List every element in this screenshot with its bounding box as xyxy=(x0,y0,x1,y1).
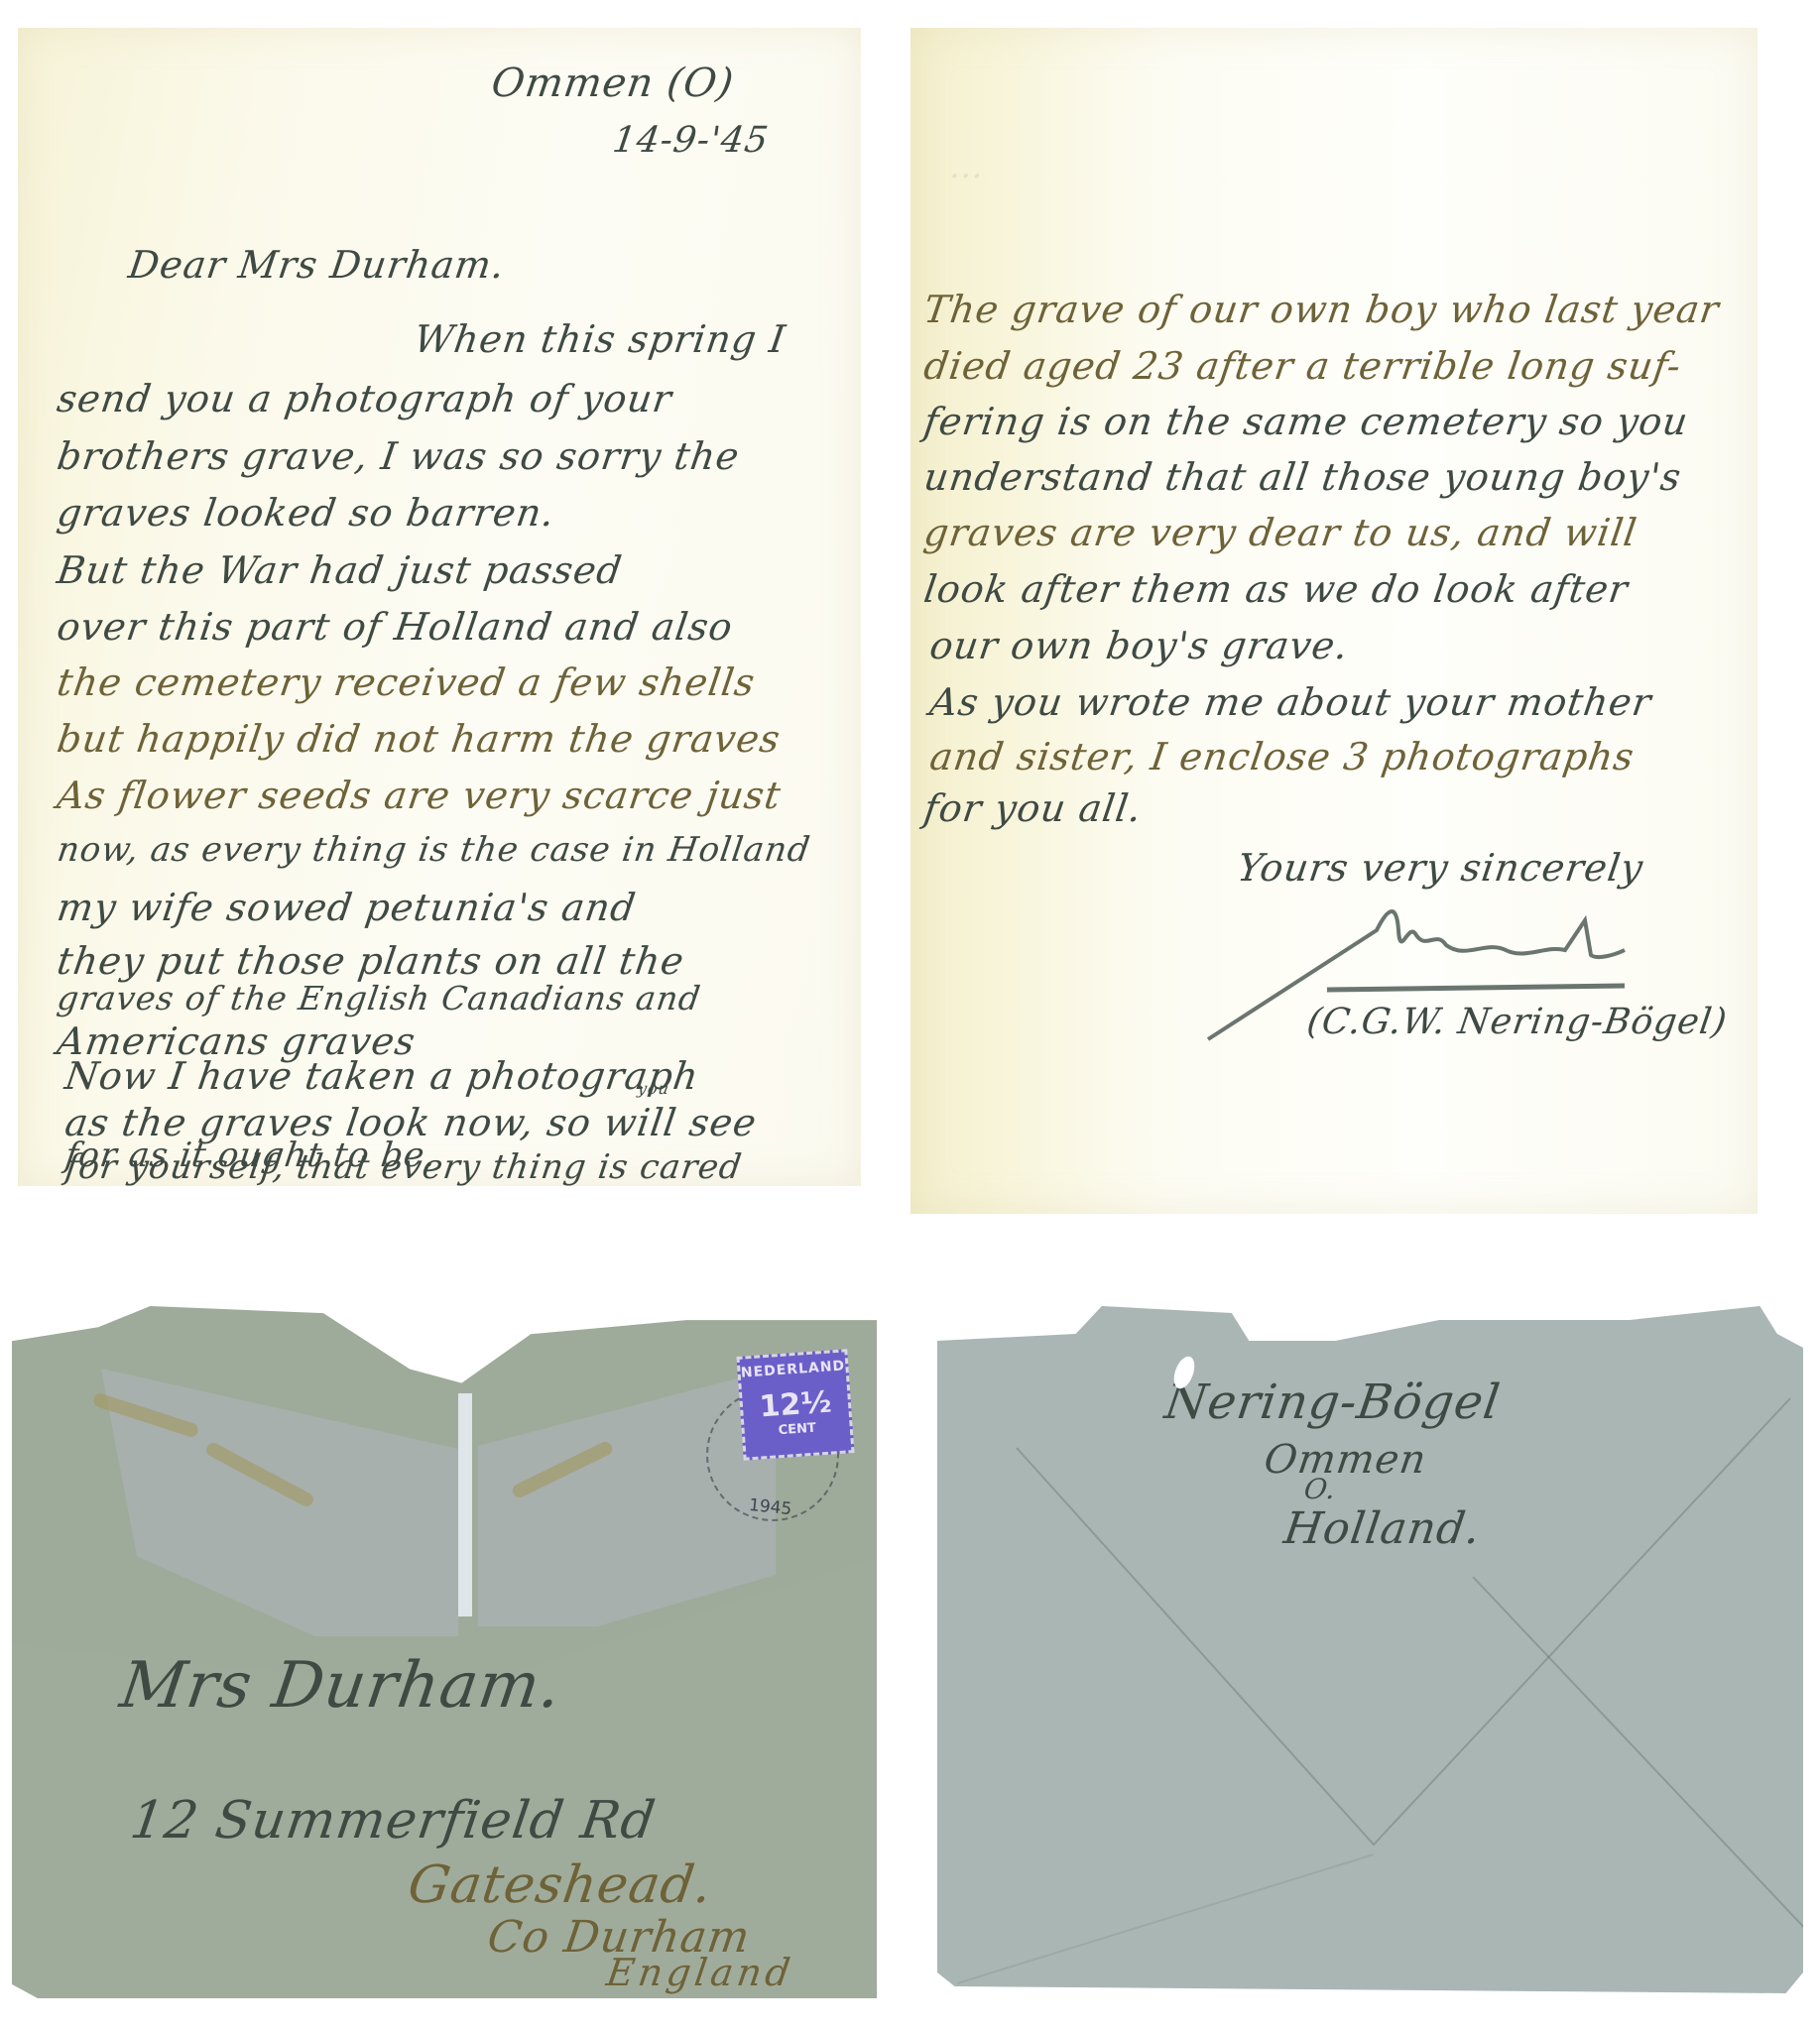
letter-page-1: Ommen (O) 14-9-'45 Dear Mrs Durham. When… xyxy=(18,28,861,1186)
letter-line: send you a photograph of your xyxy=(55,380,674,418)
letter-line: our own boy's grave. xyxy=(927,627,1351,664)
address-line: 12 Summerfield Rd xyxy=(127,1795,659,1847)
sender-line: Nering-Bögel xyxy=(1162,1378,1504,1426)
letter-page-2: … The grave of our own boy who last year… xyxy=(910,28,1758,1214)
address-line: Gateshead. xyxy=(405,1859,715,1911)
letter-line: As flower seeds are very scarce just xyxy=(55,777,784,814)
letter-line: understand that all those young boy's xyxy=(921,458,1683,496)
letter-line: The grave of our own boy who last year xyxy=(921,291,1722,328)
letter-line: As you wrote me about your mother xyxy=(927,683,1653,721)
letter-line: my wife sowed petunia's and xyxy=(55,889,638,926)
bleed-through-text: … xyxy=(947,147,987,186)
sender-line: O. xyxy=(1302,1476,1338,1503)
postage-stamp: NEDERLAND 12½ CENT xyxy=(736,1349,854,1461)
letter-line: the cemetery received a few shells xyxy=(55,663,758,701)
letter-line: graves looked so barren. xyxy=(55,494,557,532)
letter-line: brothers grave, I was so sorry the xyxy=(55,437,742,475)
letter-line: now, as every thing is the case in Holla… xyxy=(56,833,813,867)
letter-line: Now I have taken a photograph xyxy=(62,1057,701,1095)
flap-divider xyxy=(458,1393,472,1616)
letter-place: Ommen (O) xyxy=(489,63,736,103)
envelope-back: Nering-Bögel Ommen O. Holland. xyxy=(937,1299,1803,1993)
letter-line: look after them as we do look after xyxy=(921,570,1631,608)
letter-closing: Yours very sincerely xyxy=(1235,849,1645,887)
recipient-name: Mrs Durham. xyxy=(117,1654,566,1718)
letter-line: and sister, I enclose 3 photographs xyxy=(927,738,1637,776)
printed-name: (C.G.W. Nering-Bögel) xyxy=(1304,1005,1729,1040)
letter-line: graves are very dear to us, and will xyxy=(921,514,1639,551)
letter-date: 14-9-'45 xyxy=(610,123,771,159)
letter-salutation: Dear Mrs Durham. xyxy=(126,246,507,284)
stamp-country: NEDERLAND xyxy=(740,1358,846,1380)
letter-insertion: you xyxy=(637,1081,670,1097)
sender-line: Holland. xyxy=(1281,1507,1484,1551)
letter-line: When this spring I xyxy=(412,320,788,358)
inner-flap-left xyxy=(101,1369,458,1636)
letter-line: died aged 23 after a terrible long suf- xyxy=(921,347,1683,385)
letter-line: over this part of Holland and also xyxy=(55,608,735,646)
letter-line: fering is on the same cemetery so you xyxy=(921,403,1690,440)
letter-line: they put those plants on all the xyxy=(55,942,686,980)
address-line: England xyxy=(604,1954,795,1991)
sender-line: Ommen xyxy=(1262,1440,1429,1480)
letter-line-final: for as it ought to be. xyxy=(63,1138,439,1172)
letter-line: for you all. xyxy=(921,789,1144,827)
letter-line: but happily did not harm the graves xyxy=(55,720,783,758)
letter-line: But the War had just passed xyxy=(55,551,624,589)
letter-line: graves of the English Canadians and xyxy=(56,982,703,1015)
